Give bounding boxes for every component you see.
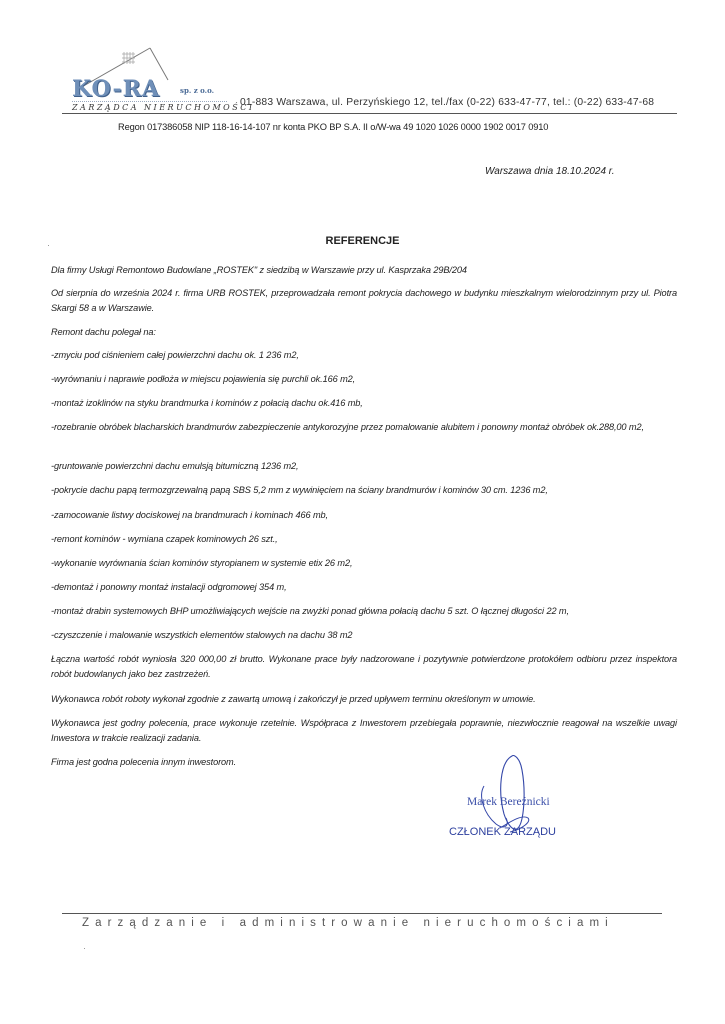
signatory-role: CZŁONEK ZARZĄDU (449, 826, 556, 838)
company-registry: Regon 017386058 NIP 118-16-14-107 nr kon… (118, 122, 548, 132)
scan-speck (84, 948, 85, 949)
signatory-name: Marek Bereźnicki (467, 796, 550, 808)
company-logo: KO-RA sp. z o.o. ZARZĄDCA NIERUCHOMOŚCI (62, 40, 232, 110)
document-title: REFERENCJE (0, 235, 725, 247)
scope-heading: Remont dachu polegał na: (51, 325, 677, 340)
logo-tagline: ZARZĄDCA NIERUCHOMOŚCI (72, 103, 254, 112)
intro-paragraph: Od sierpnia do września 2024 r. firma UR… (51, 286, 677, 316)
scope-item: -zamocowanie listwy dociskowej na brandm… (51, 508, 677, 523)
recommendation-paragraph: Wykonawca jest godny polecenia, prace wy… (51, 716, 677, 746)
scope-item: -wykonanie wyrównania ścian kominów styr… (51, 556, 677, 571)
final-recommendation: Firma jest godna polecenia innym inwesto… (51, 755, 677, 770)
scope-item: -remont kominów - wymiana czapek kominow… (51, 532, 677, 547)
place-date: Warszawa dnia 18.10.2024 r. (485, 166, 615, 177)
deadline-paragraph: Wykonawca robót roboty wykonał zgodnie z… (51, 692, 677, 707)
recipient-paragraph: Dla firmy Usługi Remontowo Budowlane „RO… (51, 263, 677, 278)
total-value-paragraph: Łączna wartość robót wyniosła 320 000,00… (51, 652, 677, 682)
logo-wordmark: KO-RA (72, 76, 160, 102)
scope-item: -pokrycie dachu papą termozgrzewalną pap… (51, 483, 677, 498)
scope-item: -czyszczenie i malowanie wszystkich elem… (51, 628, 677, 643)
scope-item: -gruntowanie powierzchni dachu emulsją b… (51, 459, 677, 474)
header-divider (62, 113, 677, 114)
company-address: 01-883 Warszawa, ul. Perzyńskiego 12, te… (240, 97, 654, 108)
scope-item: -montaż drabin systemowych BHP umożliwia… (51, 604, 677, 619)
scope-item: -rozebranie obróbek blacharskich brandmu… (51, 420, 677, 435)
scope-item: -montaż izoklinów na styku brandmurka i … (51, 396, 677, 411)
scope-item: -wyrównaniu i naprawie podłoża w miejscu… (51, 372, 677, 387)
footer-divider (62, 913, 662, 914)
scope-item: -demontaż i ponowny montaż instalacji od… (51, 580, 677, 595)
scope-item: -zmyciu pod ciśnieniem całej powierzchni… (51, 348, 677, 363)
footer-tagline: Zarządzanie i administrowanie nieruchomo… (82, 917, 614, 929)
logo-legal-form: sp. z o.o. (180, 86, 214, 95)
